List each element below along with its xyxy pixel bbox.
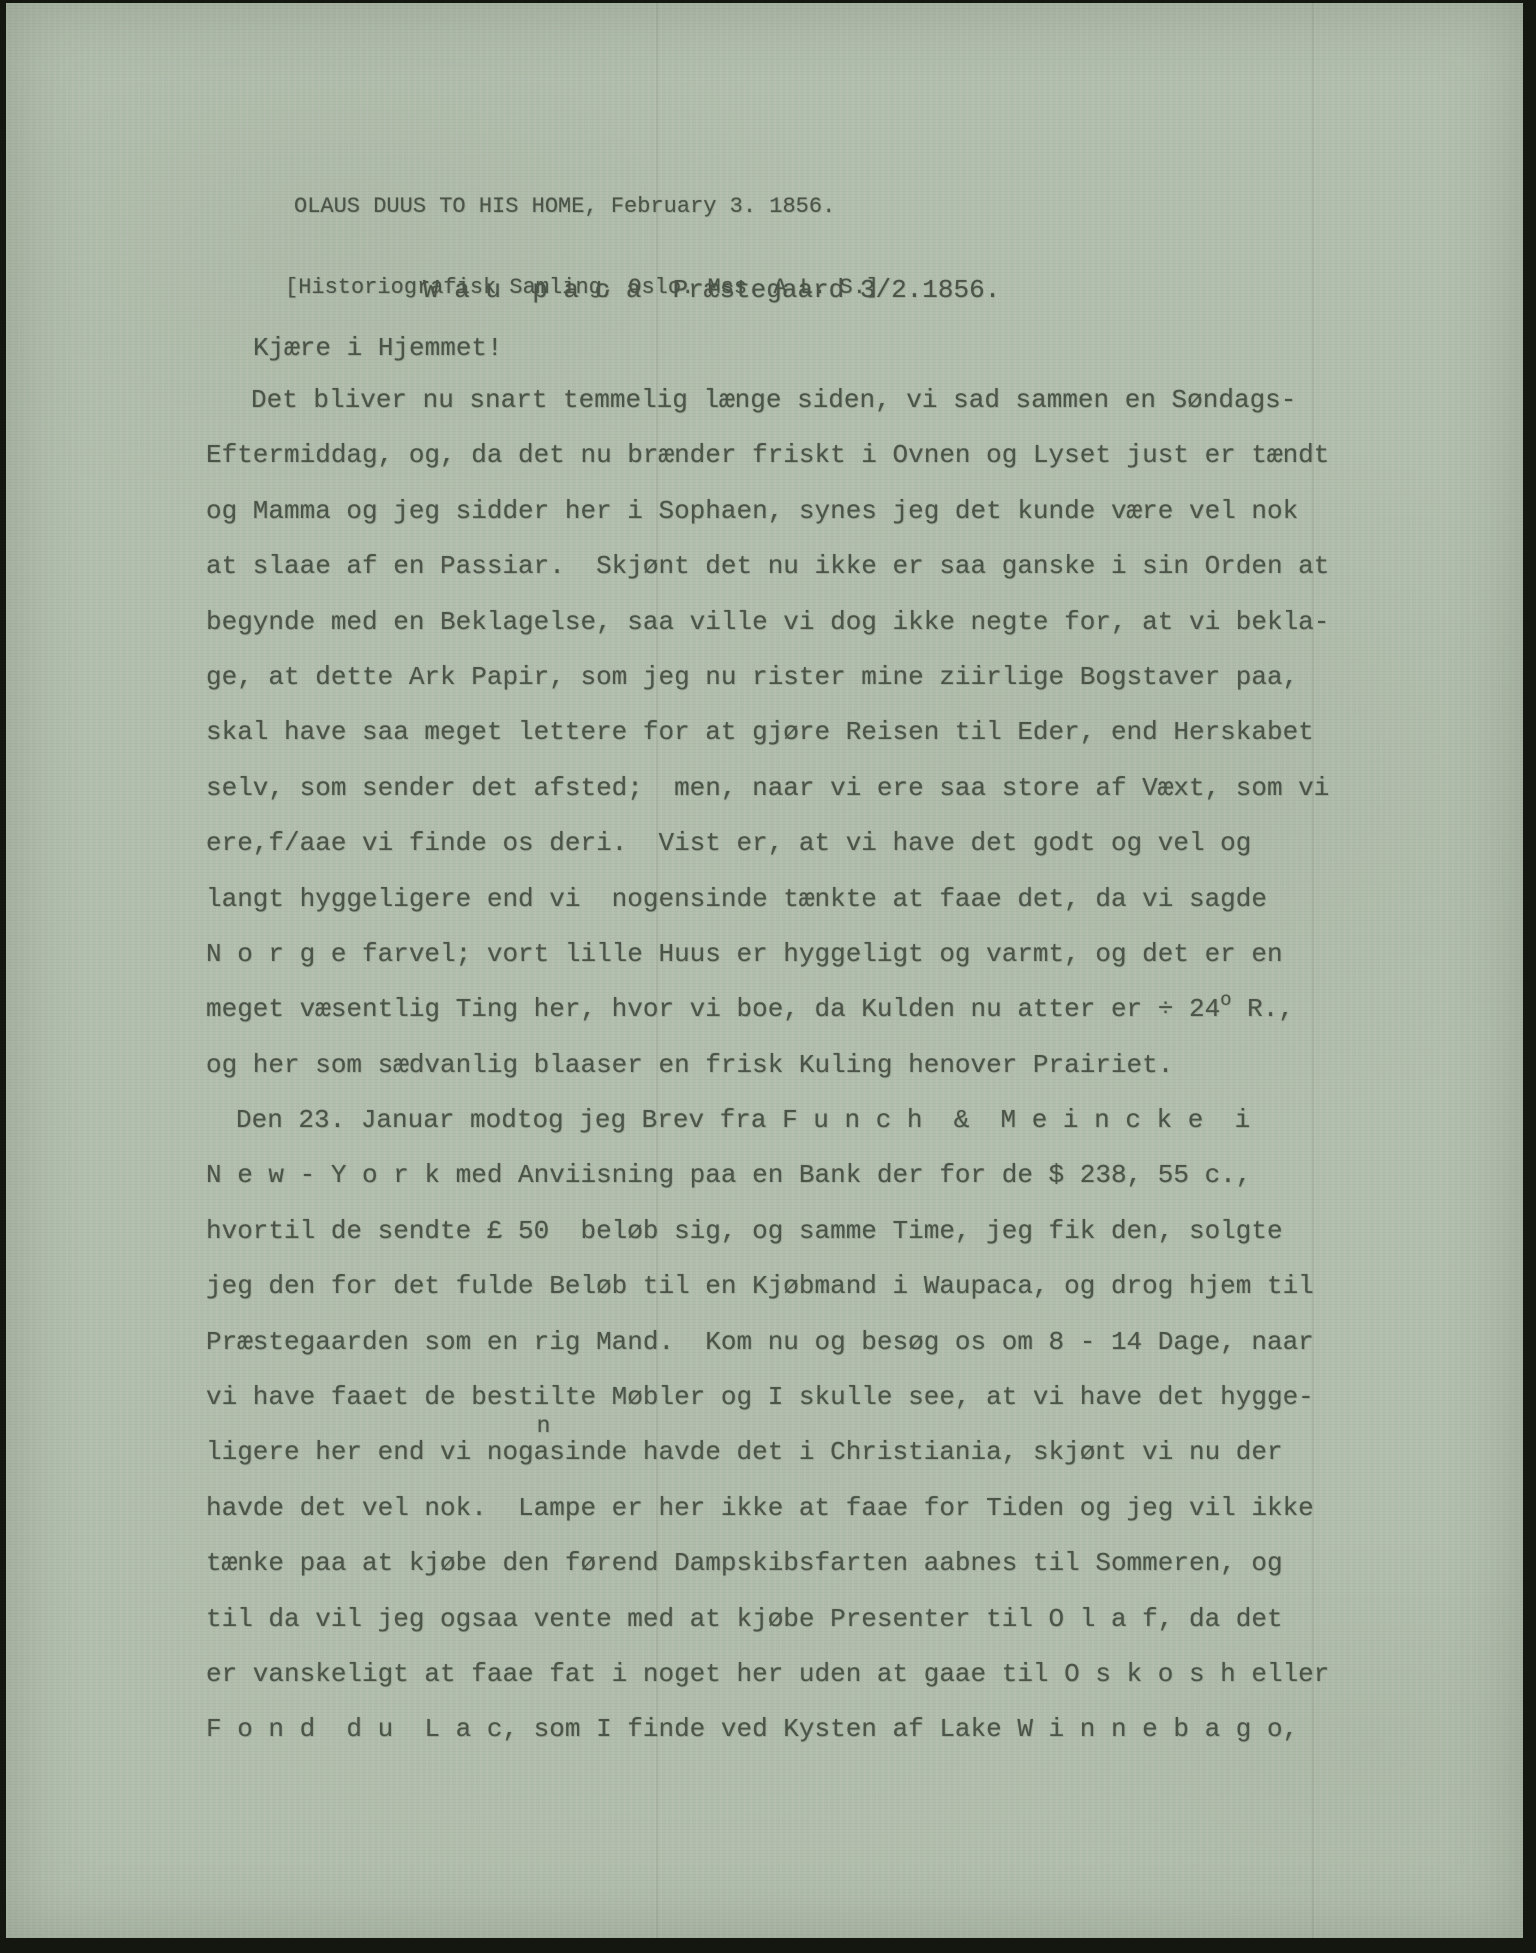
letter-line: meget væsentlig Ting her, hvor vi boe, d… <box>206 982 1329 1037</box>
salutation: Kjære i Hjemmet! <box>253 333 503 363</box>
letter-line: at slaae af en Passiar. Skjønt det nu ik… <box>206 539 1329 594</box>
superscript-correction: o <box>1220 973 1231 1028</box>
letter-line: Det bliver nu snart temmelig længe siden… <box>206 373 1329 428</box>
letter-line: Eftermiddag, og, da det nu brænder frisk… <box>206 428 1329 483</box>
letter-line: F o n d d u L a c, som I finde ved Kyste… <box>206 1702 1329 1757</box>
letter-line: ge, at dette Ark Papir, som jeg nu riste… <box>206 650 1329 705</box>
letter-page: OLAUS DUUS TO HIS HOME, February 3. 1856… <box>6 3 1523 1938</box>
letter-line: N e w - Y o r k med Anviisning paa en Ba… <box>206 1148 1329 1203</box>
letter-line: langt hyggeligere end vi nogensinde tænk… <box>206 872 1329 927</box>
letter-heading: OLAUS DUUS TO HIS HOME, February 3. 1856… <box>294 139 879 355</box>
letter-line: og her som sædvanlig blaaser en frisk Ku… <box>206 1038 1329 1093</box>
line-text: meget væsentlig Ting her, hvor vi boe, d… <box>206 994 1220 1024</box>
letter-line: begynde med en Beklagelse, saa ville vi … <box>206 595 1329 650</box>
letter-line: vi have faaet de bestilte Møbler og I sk… <box>206 1370 1329 1425</box>
scanned-letter-screenshot: { "colors": { "paper": "#b2bead", "ink":… <box>0 0 1536 1953</box>
line-text: ligere her end vi nog <box>206 1437 534 1467</box>
letter-line: til da vil jeg ogsaa vente med at kjøbe … <box>206 1592 1329 1647</box>
letter-line: ligere her end vi nognasinde havde det i… <box>206 1425 1329 1480</box>
letter-line: Den 23. Januar modtog jeg Brev fra F u n… <box>206 1093 1329 1148</box>
letter-body-paragraph-2: Den 23. Januar modtog jeg Brev fra F u n… <box>206 1093 1329 1758</box>
letter-line: tænke paa at kjøbe den førend Dampskibsf… <box>206 1536 1329 1591</box>
letter-line: selv, som sender det afsted; men, naar v… <box>206 761 1329 816</box>
letter-title: OLAUS DUUS TO HIS HOME, February 3. 1856… <box>294 193 879 220</box>
letter-line: havde det vel nok. Lampe er her ikke at … <box>206 1481 1329 1536</box>
dateline: W a u p a c a Præstegaard 3/2.1856. <box>423 275 1000 305</box>
letter-line: og Mamma og jeg sidder her i Sophaen, sy… <box>206 484 1329 539</box>
letter-line: er vanskeligt at faae fat i noget her ud… <box>206 1647 1329 1702</box>
letter-line: ere,f/aae vi finde os deri. Vist er, at … <box>206 816 1329 871</box>
letter-line: skal have saa meget lettere for at gjøre… <box>206 705 1329 760</box>
letter-line: Præstegaarden som en rig Mand. Kom nu og… <box>206 1315 1329 1370</box>
letter-line: N o r g e farvel; vort lille Huus er hyg… <box>206 927 1329 982</box>
letter-line: hvortil de sendte £ 50 beløb sig, og sam… <box>206 1204 1329 1259</box>
letter-line: jeg den for det fulde Beløb til en Kjøbm… <box>206 1259 1329 1314</box>
line-text: R., <box>1232 994 1294 1024</box>
line-text: asinde havde det i Christiania, skjønt v… <box>534 1437 1283 1467</box>
letter-body-paragraph-1: Det bliver nu snart temmelig længe siden… <box>206 373 1329 1093</box>
